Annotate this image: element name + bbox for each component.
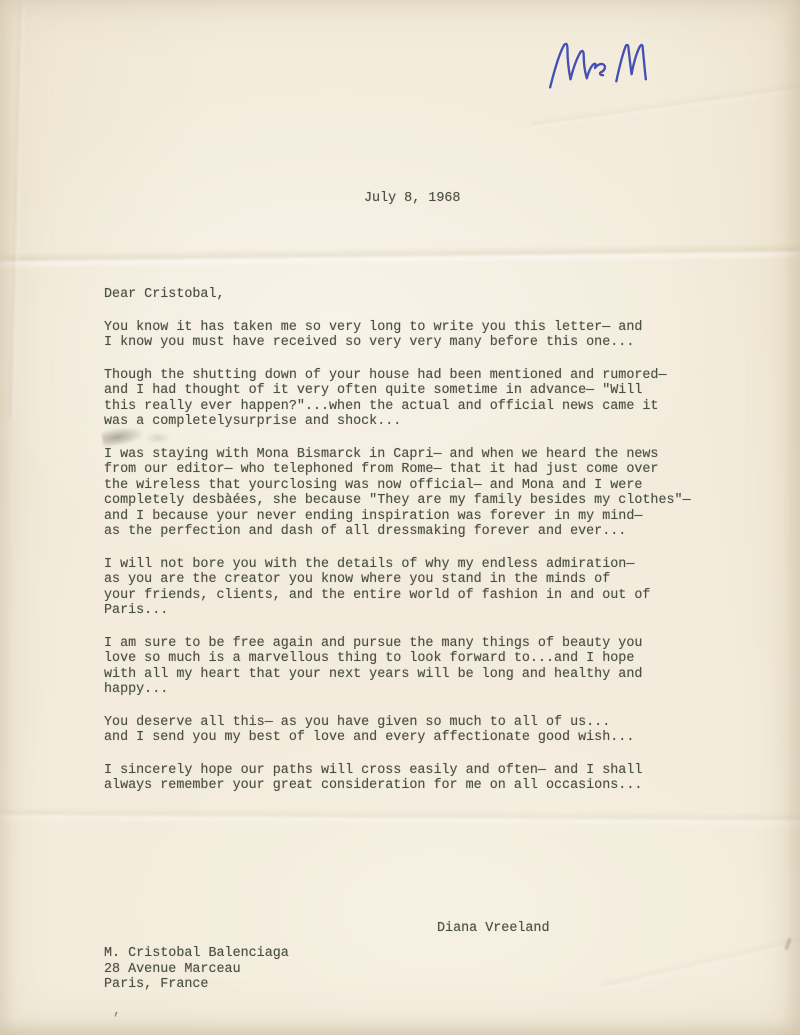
letter-paragraph: I sincerely hope our paths will cross ea… (104, 763, 764, 794)
fold-crease-top (0, 243, 800, 269)
signature-name: Diana Vreeland (437, 921, 550, 937)
paper-mark (784, 938, 792, 951)
letter-paragraph: You deserve all this— as you have given … (104, 715, 764, 746)
letter-paragraph: You know it has taken me so very long to… (104, 320, 764, 351)
letter-scan-page: July 8, 1968 Dear Cristobal, You know it… (0, 0, 800, 1035)
fold-crease-left (7, 0, 27, 418)
letter-body: Dear Cristobal, You know it has taken me… (104, 287, 764, 811)
stray-ink-mark: , (113, 1004, 121, 1020)
handwriting-stroke-m (616, 45, 646, 81)
handwritten-annotation (543, 28, 655, 100)
recipient-address: M. Cristobal Balenciaga 28 Avenue Marcea… (104, 946, 289, 993)
letter-paragraph: I was staying with Mona Bismarck in Capr… (104, 447, 764, 540)
date-line: July 8, 1968 (364, 191, 460, 207)
handwriting-stroke-mrs (550, 44, 605, 88)
salutation: Dear Cristobal, (104, 287, 764, 303)
fold-crease-bottom-right (602, 923, 800, 990)
letter-paragraph: Though the shutting down of your house h… (104, 368, 764, 430)
letter-paragraph: I will not bore you with the details of … (104, 557, 764, 619)
letter-paragraph: I am sure to be free again and pursue th… (104, 636, 764, 698)
